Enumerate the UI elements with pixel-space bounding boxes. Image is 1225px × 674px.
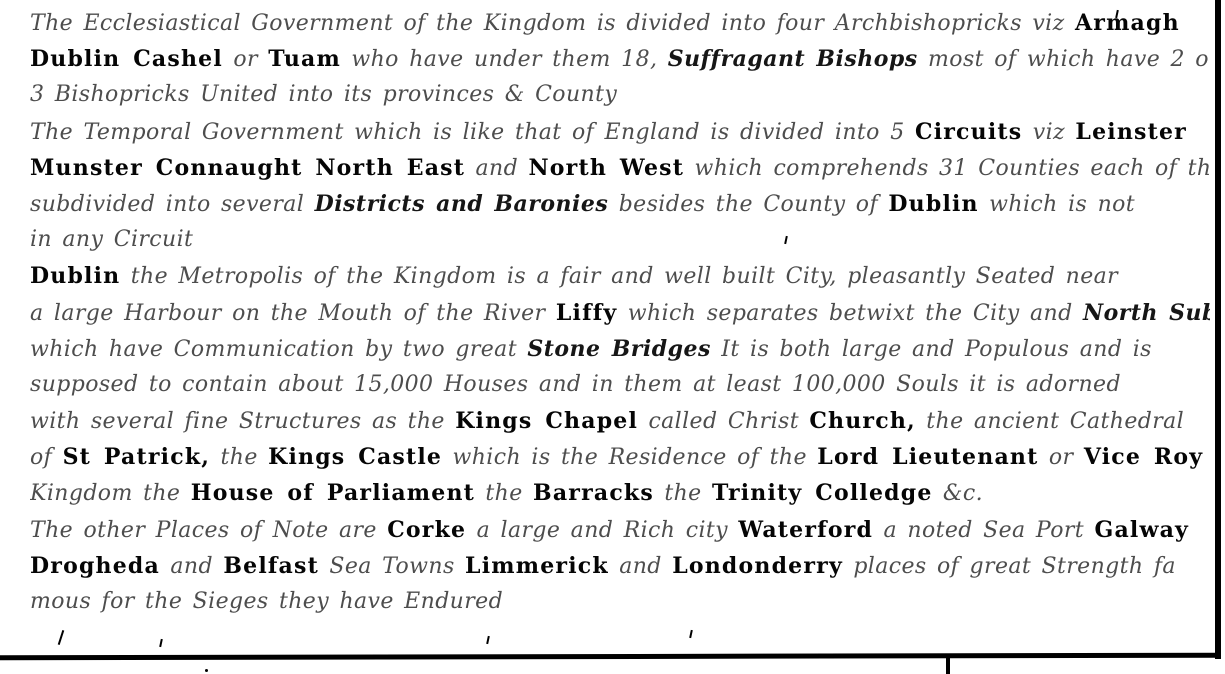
ink-speck bbox=[159, 639, 163, 647]
script-text-segment: with several fine Structures as the bbox=[30, 409, 455, 434]
script-text-segment: which is the Residence of the bbox=[442, 445, 817, 470]
script-text-segment: a large and Rich city bbox=[466, 518, 738, 543]
script-text-segment: the bbox=[210, 445, 268, 470]
text-line: supposed to contain about 15,000 Houses … bbox=[30, 367, 1210, 403]
script-text-segment: The Temporal Government which is like th… bbox=[30, 120, 915, 145]
script-text-segment: and bbox=[465, 156, 528, 181]
script-text-segment: supposed to contain about 15,000 Houses … bbox=[30, 372, 1121, 397]
emphasized-text-segment: Districts and Baronies bbox=[315, 191, 609, 217]
text-line: The Temporal Government which is like th… bbox=[30, 114, 1210, 150]
emphasized-text-segment: Corke bbox=[387, 517, 466, 543]
script-text-segment: The other Places of Note are bbox=[30, 518, 387, 543]
emphasized-text-segment: Belfast bbox=[223, 553, 319, 579]
emphasized-text-segment: Vice Roy bbox=[1084, 444, 1203, 470]
emphasized-text-segment: St Patrick, bbox=[63, 444, 211, 470]
script-text-segment: in any Circuit bbox=[30, 227, 193, 252]
emphasized-text-segment: Liffy bbox=[556, 300, 618, 326]
bottom-rule-tick-mark bbox=[946, 657, 950, 674]
text-line: a large Harbour on the Mouth of the Rive… bbox=[30, 295, 1210, 331]
script-text-segment: &c. bbox=[933, 481, 984, 506]
ink-speck bbox=[58, 630, 65, 645]
scanned-document-page: The Ecclesiastical Government of the Kin… bbox=[0, 0, 1225, 674]
text-line: which have Communication by two great St… bbox=[30, 331, 1210, 367]
emphasized-text-segment: Dublin Cashel bbox=[30, 46, 223, 72]
script-text-segment: besides the County of bbox=[608, 192, 888, 217]
emphasized-text-segment: Leinster bbox=[1075, 119, 1187, 145]
text-line: Drogheda and Belfast Sea Towns Limmerick… bbox=[30, 548, 1210, 584]
script-text-segment: viz bbox=[1022, 120, 1075, 145]
emphasized-text-segment: Drogheda bbox=[30, 553, 160, 579]
text-line: 3 Bishopricks United into its provinces … bbox=[30, 77, 1210, 113]
emphasized-text-segment: Dublin bbox=[30, 263, 120, 289]
emphasized-text-segment: Londonderry bbox=[672, 553, 843, 579]
emphasized-text-segment: Waterford bbox=[738, 517, 873, 543]
text-line: subdivided into several Districts and Ba… bbox=[30, 186, 1210, 222]
text-line: mous for the Sieges they have Endured bbox=[30, 584, 1210, 620]
script-text-segment: places of great Strength fa bbox=[843, 554, 1176, 579]
emphasized-text-segment: Dublin bbox=[888, 191, 978, 217]
script-text-segment: of bbox=[30, 445, 63, 470]
emphasized-text-segment: Kings Chapel bbox=[455, 408, 638, 434]
script-text-segment: and bbox=[160, 554, 223, 579]
emphasized-text-segment: Stone Bridges bbox=[527, 336, 711, 362]
script-text-segment: most of which have 2 or bbox=[918, 47, 1210, 72]
emphasized-text-segment: Galway bbox=[1094, 517, 1189, 543]
script-text-segment: or bbox=[223, 47, 268, 72]
emphasized-text-segment: House of Parliament bbox=[191, 480, 475, 506]
text-block: The Ecclesiastical Government of the Kin… bbox=[30, 5, 1210, 620]
emphasized-text-segment: North West bbox=[528, 155, 684, 181]
text-line: in any Circuit bbox=[30, 222, 1210, 258]
text-line: Kingdom the House of Parliament the Barr… bbox=[30, 475, 1210, 511]
script-text-segment: and bbox=[609, 554, 672, 579]
script-text-segment: a large Harbour on the Mouth of the Rive… bbox=[30, 301, 556, 326]
text-line: with several fine Structures as the King… bbox=[30, 403, 1210, 439]
text-line: The Ecclesiastical Government of the Kin… bbox=[30, 5, 1210, 41]
script-text-segment: the bbox=[475, 481, 533, 506]
emphasized-text-segment: Kings Castle bbox=[268, 444, 442, 470]
script-text-segment: the ancient Cathedral bbox=[916, 409, 1184, 434]
text-line: Dublin Cashel or Tuam who have under the… bbox=[30, 41, 1210, 77]
ink-speck bbox=[205, 669, 208, 672]
emphasized-text-segment: Trinity Colledge bbox=[712, 480, 933, 506]
emphasized-text-segment: Suffragant Bishops bbox=[668, 46, 918, 72]
emphasized-text-segment: Limmerick bbox=[465, 553, 609, 579]
emphasized-text-segment: Church, bbox=[809, 408, 916, 434]
page-right-border-line bbox=[1215, 0, 1221, 659]
emphasized-text-segment: Lord Lieutenant bbox=[817, 444, 1038, 470]
script-text-segment: of the bbox=[1203, 445, 1210, 470]
script-text-segment: The Ecclesiastical Government of the Kin… bbox=[30, 11, 1075, 36]
script-text-segment: Kingdom the bbox=[30, 481, 191, 506]
emphasized-text-segment: Munster Connaught North East bbox=[30, 155, 465, 181]
script-text-segment: the Metropolis of the Kingdom is a fair … bbox=[120, 264, 1118, 289]
page-bottom-rule bbox=[0, 653, 1221, 661]
script-text-segment: 3 Bishopricks United into its provinces … bbox=[30, 82, 617, 107]
script-text-segment: or bbox=[1038, 445, 1083, 470]
emphasized-text-segment: Circuits bbox=[915, 119, 1022, 145]
script-text-segment: which comprehends 31 Counties each of th… bbox=[684, 156, 1210, 181]
script-text-segment: subdivided into several bbox=[30, 192, 315, 217]
text-line: The other Places of Note are Corke a lar… bbox=[30, 512, 1210, 548]
script-text-segment: mous for the Sieges they have Endured bbox=[30, 589, 503, 614]
text-line: of St Patrick, the Kings Castle which is… bbox=[30, 439, 1210, 475]
emphasized-text-segment: Tuam bbox=[268, 46, 341, 72]
script-text-segment: which is not bbox=[979, 192, 1135, 217]
text-line: Dublin the Metropolis of the Kingdom is … bbox=[30, 258, 1210, 294]
script-text-segment: a noted Sea Port bbox=[873, 518, 1094, 543]
script-text-segment: Sea Towns bbox=[319, 554, 465, 579]
emphasized-text-segment: Armagh bbox=[1075, 10, 1180, 36]
emphasized-text-segment: Barracks bbox=[533, 480, 654, 506]
ink-speck bbox=[689, 630, 693, 638]
ink-speck bbox=[486, 636, 490, 644]
script-text-segment: which have Communication by two great bbox=[30, 337, 527, 362]
text-line: Munster Connaught North East and North W… bbox=[30, 150, 1210, 186]
script-text-segment: It is both large and Populous and is bbox=[711, 337, 1152, 362]
script-text-segment: which separates betwixt the City and bbox=[617, 301, 1083, 326]
emphasized-text-segment: North Suburbs bbox=[1083, 300, 1210, 326]
script-text-segment: who have under them 18, bbox=[341, 47, 668, 72]
script-text-segment: called Christ bbox=[638, 409, 809, 434]
script-text-segment: the bbox=[654, 481, 712, 506]
